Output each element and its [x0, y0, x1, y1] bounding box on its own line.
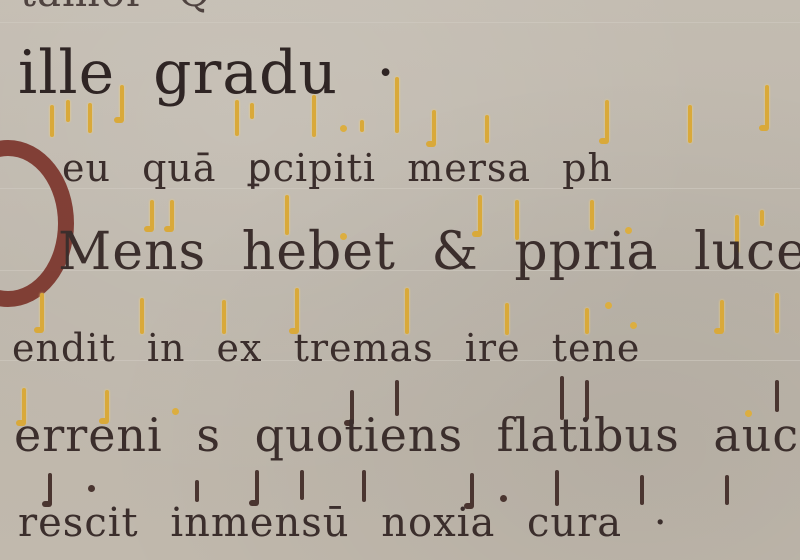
- word: Q: [178, 0, 212, 16]
- word: mersa: [407, 146, 531, 190]
- word: in: [147, 326, 186, 370]
- word: ppria: [514, 222, 658, 282]
- ruling-line: [0, 22, 800, 23]
- word: ꝑcipiti: [248, 146, 376, 190]
- virga-neume-icon: [605, 100, 609, 142]
- neume-row-gilded: [0, 95, 800, 145]
- word: auc: [713, 408, 799, 462]
- virga-neume-icon: [775, 293, 779, 333]
- word: noxia: [381, 500, 495, 546]
- word: quotiens: [255, 408, 463, 462]
- word: ex: [217, 326, 263, 370]
- word: eu: [62, 146, 111, 190]
- punctum-neume-icon: [605, 302, 612, 309]
- punctum-neume-icon: [340, 125, 347, 132]
- virga-neume-icon: [66, 100, 70, 122]
- virga-neume-icon: [235, 100, 239, 136]
- word: Mens: [58, 222, 206, 282]
- text-line-0: tamor Q: [20, 0, 230, 16]
- punctus: ·: [654, 500, 668, 546]
- word: tamor: [20, 0, 146, 16]
- word: tene: [552, 326, 641, 370]
- clivis-neume-icon: [120, 85, 124, 121]
- word: luce: [694, 222, 800, 282]
- virga-neume-icon: [362, 470, 366, 502]
- manuscript-page: tamor Q ille gradu · eu quā ꝑcipiti mers…: [0, 0, 800, 560]
- text-line-6: rescit inmensū noxia cura ·: [18, 500, 686, 546]
- word: ire: [465, 326, 521, 370]
- virga-neume-icon: [88, 103, 92, 133]
- word: rescit: [18, 500, 139, 546]
- word: cura: [527, 500, 622, 546]
- text-line-3: Mens hebet & ppria luce: [58, 222, 800, 282]
- virga-neume-icon: [255, 470, 259, 504]
- virga-neume-icon: [250, 103, 254, 119]
- virga-neume-icon: [485, 115, 489, 143]
- word: tremas: [294, 326, 434, 370]
- word: s: [196, 408, 221, 462]
- text-line-2: eu quā ꝑcipiti mersa ph: [62, 146, 631, 190]
- punctum-neume-icon: [88, 485, 95, 492]
- quilisma-neume-icon: [360, 120, 364, 132]
- virga-neume-icon: [765, 85, 769, 129]
- virga-neume-icon: [688, 105, 692, 143]
- word: erreni: [14, 408, 163, 462]
- pes-neume-icon: [300, 470, 304, 500]
- virga-neume-icon: [432, 110, 436, 145]
- word: &: [432, 222, 479, 282]
- word: hebet: [242, 222, 396, 282]
- text-line-4: endit in ex tremas ire tene: [12, 326, 658, 370]
- word: quā: [142, 146, 216, 190]
- virga-neume-icon: [725, 475, 729, 505]
- word: inmensū: [170, 500, 349, 546]
- virga-neume-icon: [395, 77, 399, 133]
- text-line-5: erreni s quotiens flatibus auc: [14, 408, 800, 462]
- pes-neume-icon: [312, 95, 316, 137]
- word: flatibus: [497, 408, 680, 462]
- virga-neume-icon: [195, 480, 199, 502]
- word: endit: [12, 326, 116, 370]
- virga-neume-icon: [50, 105, 54, 137]
- word: ph: [562, 146, 613, 190]
- virga-neume-icon: [720, 300, 724, 332]
